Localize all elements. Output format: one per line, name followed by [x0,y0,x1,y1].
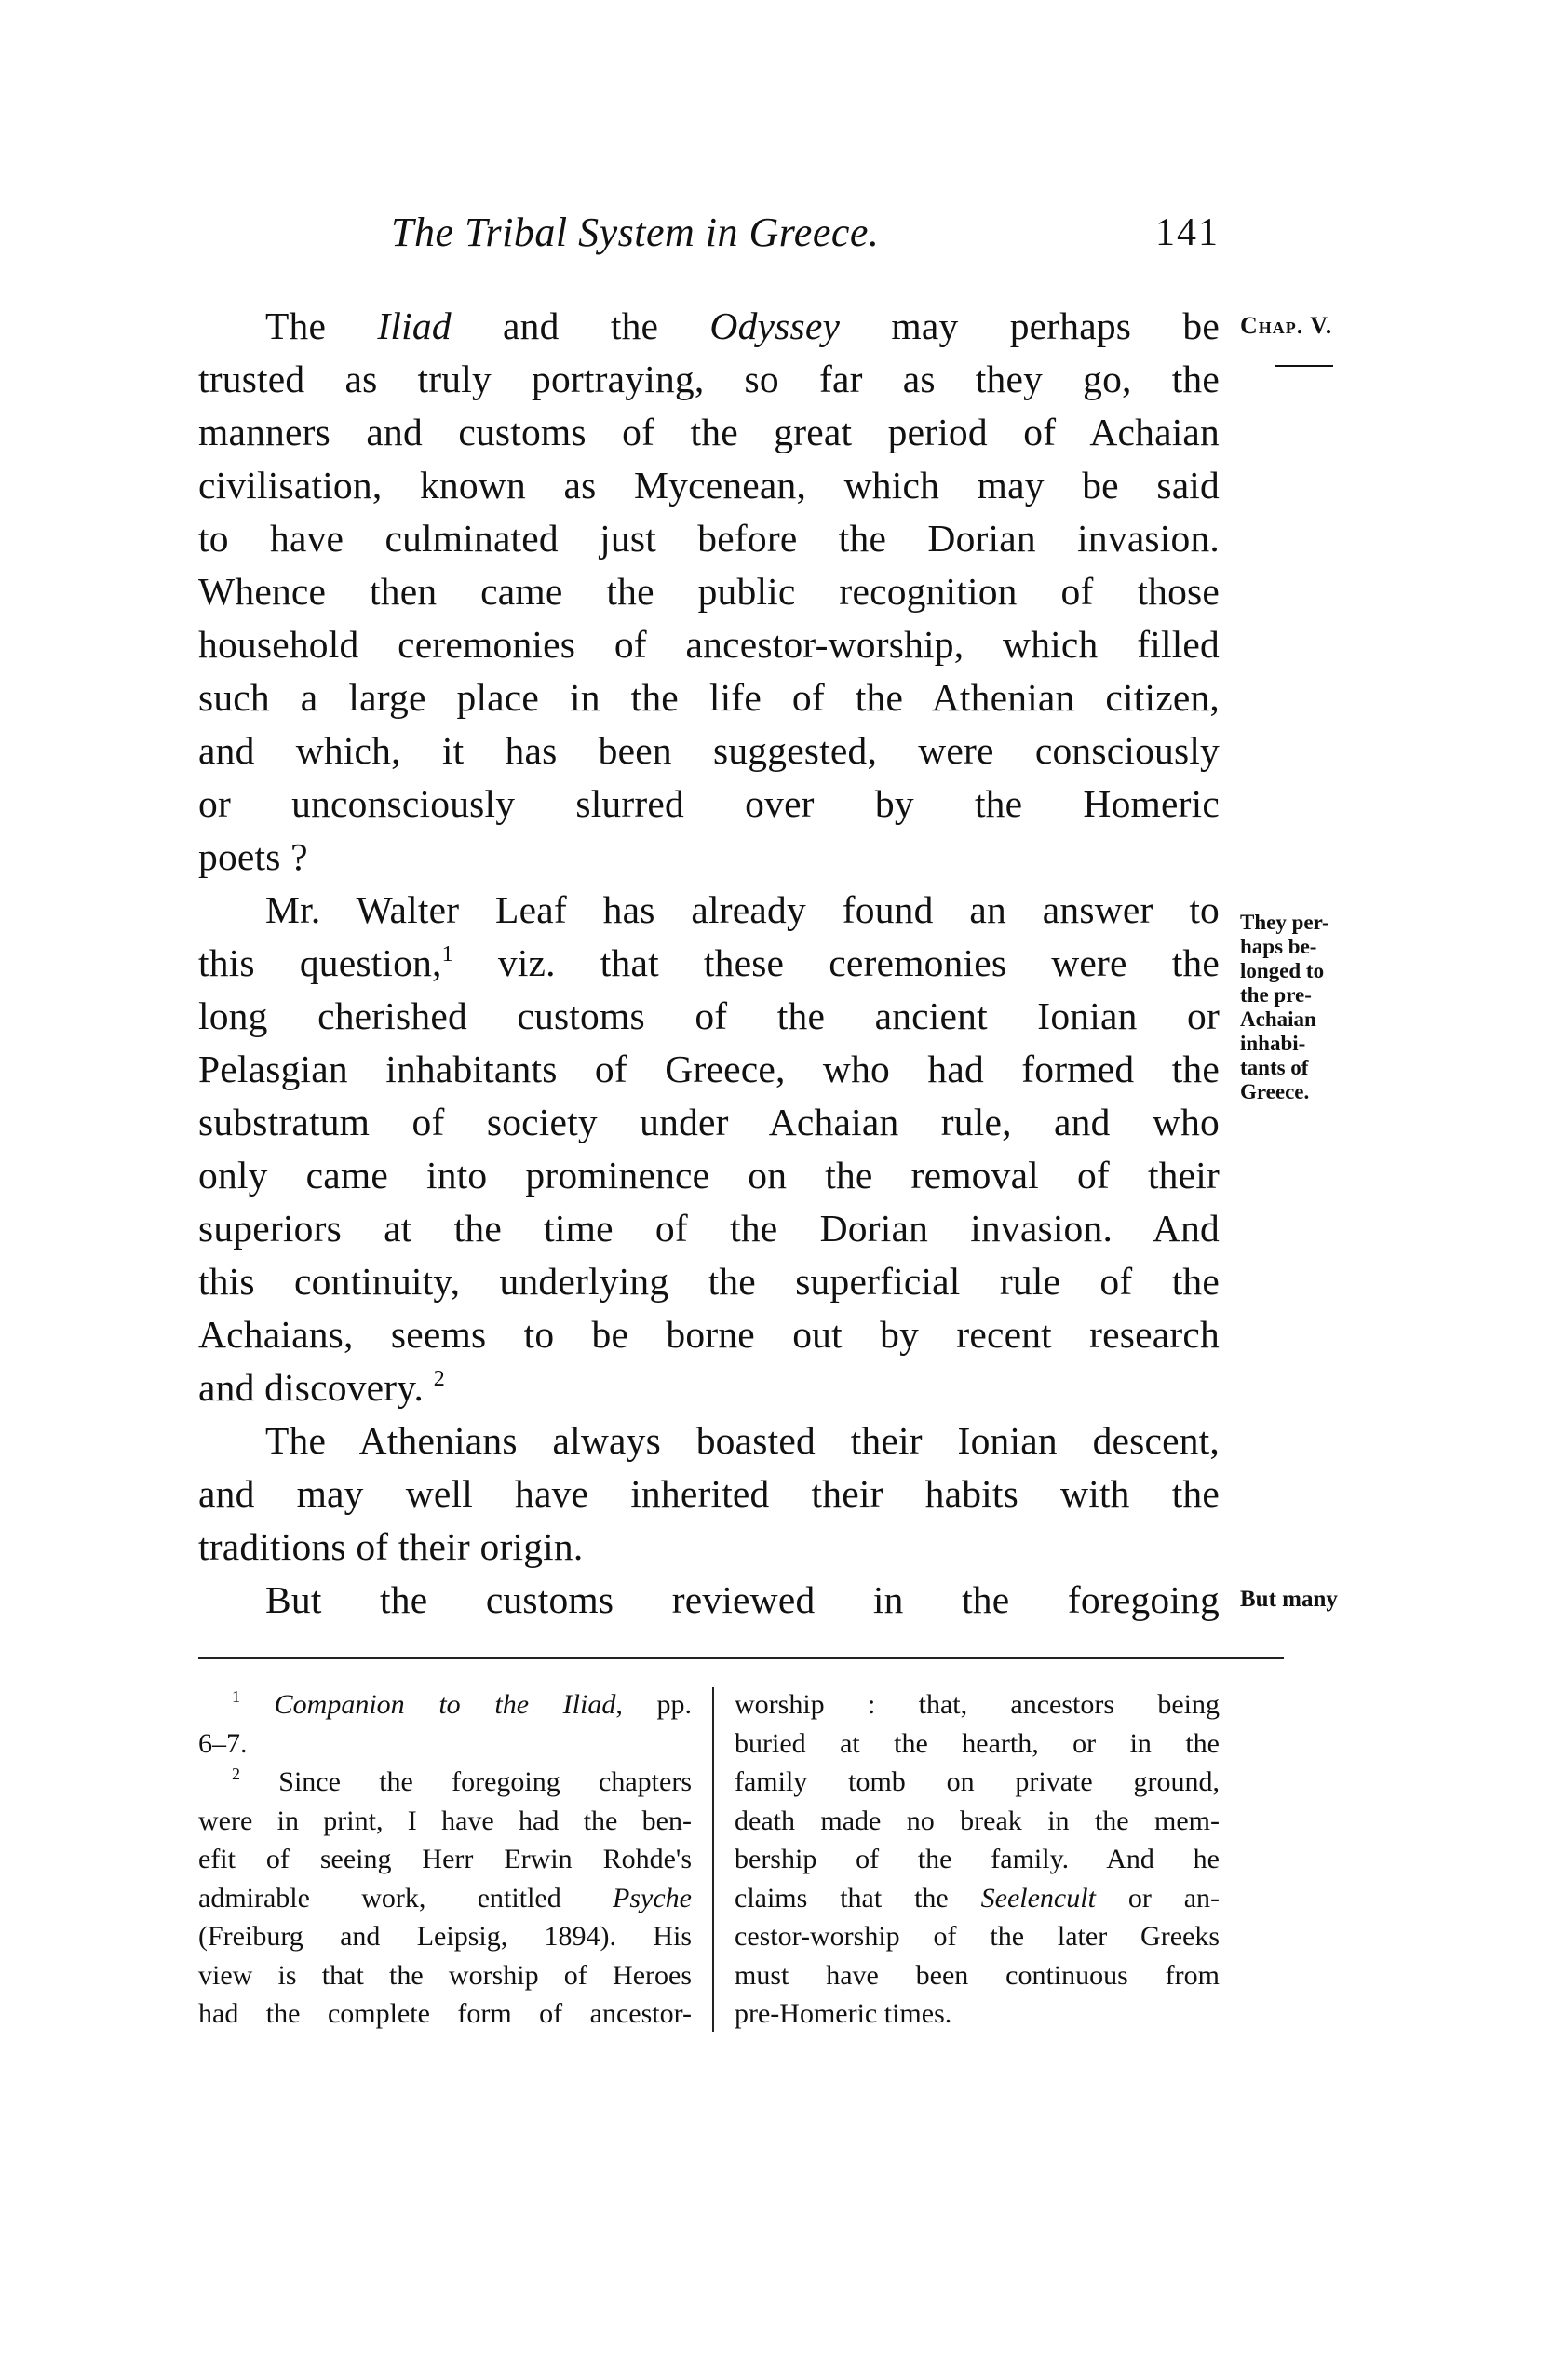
footnote-line: view is that the worship of Heroes [198,1956,692,1995]
footnote-line: death made no break in the mem- [735,1802,1220,1841]
footnote-line: buried at the hearth, or in the [735,1724,1220,1764]
footnote-line: admirable work, entitled Psyche [198,1879,692,1918]
text-line: But the customs reviewed in the foregoin… [198,1574,1220,1627]
sidenote-line: longed to [1240,959,1519,983]
text-line: this continuity, underlying the superfic… [198,1255,1220,1308]
footnote-ref-2[interactable]: 2 [434,1367,445,1391]
text-line: only came into prominence on the removal… [198,1149,1220,1202]
footnote-line: (Freiburg and Leipsig, 1894). His [198,1917,692,1956]
running-title: The Tribal System in Greece. [391,207,879,259]
footnotes-right-column: worship : that, ancestors being buried a… [735,1685,1220,2034]
running-head: The Tribal System in Greece. 141 [198,207,1220,263]
text-line: or unconsciously slurred over by the Hom… [198,778,1220,831]
sidenote-line: They per- [1240,911,1519,935]
text-line: household ceremonies of ancestor-worship… [198,618,1220,671]
text-line: traditions of their origin. [198,1521,1220,1574]
text-line: and which, it has been suggested, were c… [198,724,1220,778]
footnotes-left-column: 1 Companion to the Iliad, pp. 6–7. 2 Sin… [198,1685,692,2034]
text-line: long cherished customs of the ancient Io… [198,990,1220,1043]
footnote-line: must have been continuous from [735,1956,1220,1995]
text-line: poets ? [198,831,1220,884]
footnote-separator [198,1657,1284,1659]
text-line: to have culminated just before the Doria… [198,512,1220,565]
footnote-line: cestor-worship of the later Greeks [735,1917,1220,1956]
footnote-line: worship : that, ancestors being [735,1685,1220,1724]
sidenote-pre-achaian: They per- haps be- longed to the pre- Ac… [1240,911,1519,1104]
sidenote-continuation: But many [1240,1589,1519,1611]
sidenote-line: tants of [1240,1056,1519,1080]
sidenote-line: Achaian [1240,1007,1519,1032]
book-title-odyssey: Odyssey [709,304,840,347]
chapter-rule [1275,365,1333,367]
footnote-line: claims that the Seelencult or an- [735,1879,1220,1918]
text-line: trusted as truly portraying, so far as t… [198,353,1220,406]
book-page: The Tribal System in Greece. 141 The Ili… [0,0,1551,2380]
text-line: Mr. Walter Leaf has already found an ans… [198,884,1220,937]
text-line: this question,1 viz. that these ceremoni… [198,937,1220,990]
footnote-line: were in print, I have had the ben- [198,1802,692,1841]
footnote-line: pre-Homeric times. [735,1995,1220,2034]
footnote-line: 6–7. [198,1724,692,1764]
sidenote-line: the pre- [1240,983,1519,1007]
page-number: 141 [1155,207,1220,259]
text-line: Achaians, seems to be borne out by recen… [198,1308,1220,1361]
footnote-ref-1[interactable]: 1 [442,942,453,967]
main-text: The Iliad and the Odyssey may perhaps be… [198,300,1220,1627]
sidenote-line: haps be- [1240,935,1519,959]
sidenote-line: inhabi- [1240,1032,1519,1056]
footnote-line: family tomb on private ground, [735,1763,1220,1802]
sidenote-line: Greece. [1240,1080,1519,1104]
text-line: and may well have inherited their habits… [198,1467,1220,1521]
book-title-iliad: Iliad [377,304,451,347]
footnote-1: 1 Companion to the Iliad, pp. [198,1685,692,1724]
footnote-2: 2 Since the foregoing chapters [198,1763,692,1802]
chapter-marker: Chap. V. [1240,315,1519,337]
footnote-column-divider [712,1687,714,2032]
footnote-line: bership of the family. And he [735,1840,1220,1879]
text-line: The Athenians always boasted their Ionia… [198,1414,1220,1467]
text-line: such a large place in the life of the At… [198,671,1220,724]
text-line: civilisation, known as Mycenean, which m… [198,459,1220,512]
text-line: The Iliad and the Odyssey may perhaps be [198,300,1220,353]
footnote-line: efit of seeing Herr Erwin Rohde's [198,1840,692,1879]
text-line: manners and customs of the great period … [198,406,1220,459]
text-line: Whence then came the public recognition … [198,565,1220,618]
footnote-line: had the complete form of ancestor- [198,1995,692,2034]
text-line: superiors at the time of the Dorian inva… [198,1202,1220,1255]
text-line: and discovery. 2 [198,1361,1220,1414]
text-line: Pelasgian inhabitants of Greece, who had… [198,1043,1220,1096]
text-line: substratum of society under Achaian rule… [198,1096,1220,1149]
